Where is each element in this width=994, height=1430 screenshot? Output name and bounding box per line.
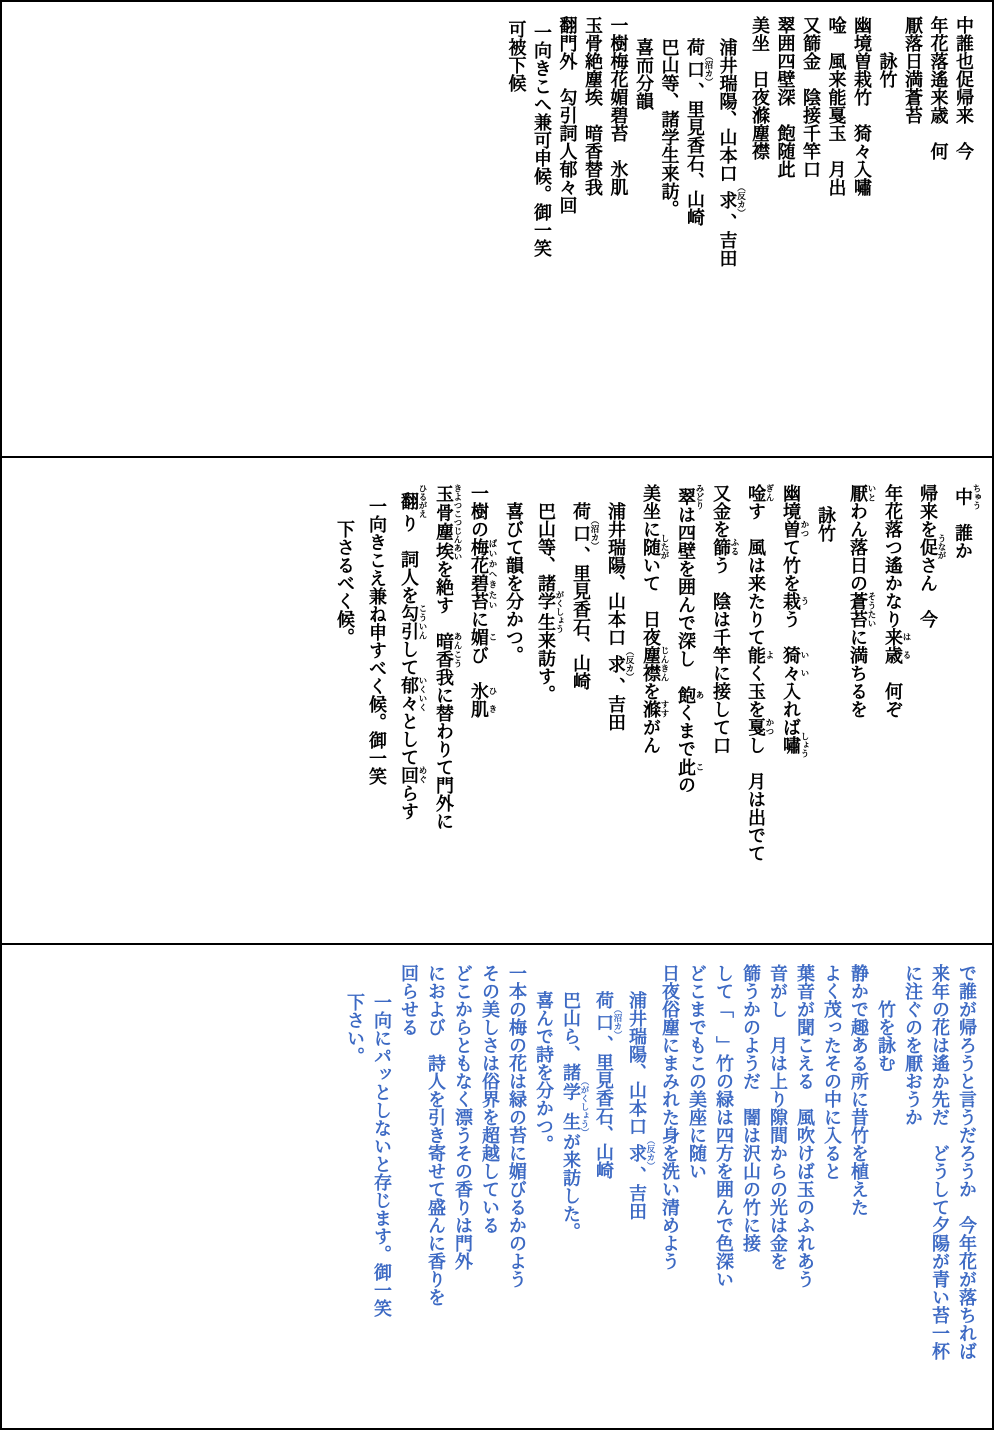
- furigana-ruby: 氷肌ひき: [469, 682, 489, 718]
- text-column: 荷口（沼カ）、里見香石、山崎: [565, 484, 600, 937]
- furigana-text: ふる: [730, 538, 740, 556]
- furigana-text: そうたい: [867, 592, 877, 628]
- ruby-base-text: 口: [594, 1005, 614, 1039]
- ruby-base-text: 媚: [469, 628, 489, 646]
- furigana-ruby: 玉骨塵埃きよつこつじんあい: [434, 484, 454, 560]
- furigana-ruby: 滌すす: [641, 700, 661, 718]
- ruby-base-text: 来歳: [883, 628, 903, 664]
- ruby-base-text: 梅花碧苔: [469, 538, 489, 610]
- furigana-text: う: [800, 592, 810, 610]
- furigana-ruby: 篩ふる: [711, 538, 731, 556]
- text-column: 音がし 月は上り隙間からの光は金を: [764, 964, 791, 1422]
- text-column: 浦井瑞陽、山本口 求（反カ）、吉田: [623, 964, 656, 1422]
- furigana-ruby: 栽う: [781, 592, 801, 610]
- text-column: 浦井瑞陽、山本口 求（反カ）、吉田: [714, 16, 747, 450]
- furigana-ruby: 飽あ: [676, 686, 696, 704]
- furigana-text: すす: [660, 700, 670, 718]
- text-column: 中誰也促帰来 今: [951, 16, 977, 450]
- text-column: よく茂ったその中に入ると: [818, 964, 845, 1422]
- furigana-ruby: 来歳はる: [883, 628, 903, 664]
- furigana-ruby: 厭いと: [848, 484, 868, 502]
- furigana-ruby: 翻ひるがえ: [399, 484, 419, 514]
- ruby-base-text: 暗香: [434, 632, 454, 668]
- furigana-text: かつ: [800, 520, 810, 538]
- text-column: どこからともなく漂うその香りは門外: [449, 964, 476, 1422]
- note-text: （沼カ）: [704, 52, 714, 86]
- furigana-text: ひき: [488, 682, 498, 718]
- furigana-text: きよつこつじんあい: [453, 484, 463, 561]
- furigana-ruby: 翠みどり: [676, 484, 696, 506]
- text-column: 美坐に随したがいて 日夜塵襟じんきんを滌すすがん: [635, 484, 670, 937]
- ruby-base-text: 随: [641, 534, 661, 560]
- text-column: 喜而分韻: [631, 16, 657, 450]
- ruby-base-text: 学生: [536, 590, 556, 633]
- furigana-ruby: 中ちゅう: [953, 484, 973, 506]
- furigana-text: よ: [765, 646, 775, 664]
- ruby-base-text: 口: [685, 52, 705, 86]
- ruby-base-text: 学生: [561, 1077, 581, 1137]
- inline-note-annotation: 学生（がくしょう）: [561, 1081, 581, 1133]
- text-column: 一向きこえ兼ね申すべく候。御一笑: [361, 484, 393, 937]
- furigana-text: めぐ: [418, 766, 428, 784]
- text-column: で誰が帰ろうと言うだろうか 今年花が落ちれば: [953, 964, 980, 1422]
- text-column: 帰来を促うながさん 今: [912, 484, 947, 937]
- ruby-base-text: 唫: [746, 484, 766, 502]
- furigana-text: いくいく: [418, 676, 428, 712]
- text-column: 荷口（沼カ）、里見香石、山崎: [590, 964, 623, 1422]
- note-text: （沼カ）: [613, 1005, 623, 1039]
- furigana-ruby: 暗香あんこう: [434, 632, 454, 668]
- text-column: 幽境曽栽竹 猗々入嘯: [849, 16, 875, 450]
- ruby-base-text: 玉骨塵埃: [434, 484, 454, 561]
- furigana-text: こ: [695, 758, 705, 776]
- ruby-base-text: 求: [627, 1136, 647, 1170]
- inline-note-annotation: 求（反カ）: [718, 187, 738, 213]
- inline-note-annotation: 求（反カ）: [627, 1140, 647, 1166]
- furigana-text: ひるがえ: [418, 484, 428, 518]
- text-column: 又篩金 陰接千竿口: [798, 16, 824, 450]
- furigana-text: じんきん: [660, 646, 670, 682]
- text-column: 詠竹: [874, 16, 900, 450]
- text-column: 竹を詠む: [872, 964, 899, 1422]
- furigana-ruby: 勾引こういん: [399, 604, 419, 640]
- ruby-base-text: 滌: [641, 700, 661, 718]
- text-column: 美坐 日夜滌塵襟: [747, 16, 773, 450]
- text-column: その美しさは俗界を超越している: [476, 964, 503, 1422]
- ruby-base-text: 飽: [676, 686, 696, 704]
- furigana-ruby: 塵襟じんきん: [641, 646, 661, 682]
- text-column: 翠みどりは四壁を囲んで深し 飽あくまで此この: [670, 484, 705, 937]
- kanbun-original-panel: 中誰也促帰来 今年花落遙来歳 何厭落日満蒼苔詠竹幽境曽栽竹 猗々入嘯唫 風来能戛…: [2, 2, 992, 456]
- text-column: 喜んで詩を分かつ。: [530, 964, 557, 1422]
- text-column: 玉骨塵埃きよつこつじんあいを絶す 暗香あんこう我に替わりて門外に: [428, 484, 463, 937]
- text-column: 玉骨絶塵埃 暗香替我: [580, 16, 606, 450]
- ruby-base-text: 戛: [746, 718, 766, 736]
- text-column: 一向にパッとしないと存じます。御一笑: [368, 964, 395, 1422]
- ruby-base-text: 此: [676, 758, 696, 776]
- note-text: （沼カ）: [590, 516, 600, 550]
- text-column: 篩うかのようだ 闇は沢山の竹に接: [737, 964, 764, 1422]
- text-column: 厭いとわん落日の蒼苔そうたいに満ちるを: [842, 484, 877, 937]
- furigana-ruby: 此こ: [676, 758, 696, 776]
- text-column: 可被下候: [503, 16, 529, 450]
- furigana-text: がくしょう: [555, 590, 565, 633]
- ruby-base-text: 篩: [711, 538, 731, 556]
- furigana-ruby: 学生がくしょう: [536, 592, 556, 631]
- ruby-base-text: 厭: [848, 484, 868, 502]
- ruby-base-text: 郁々: [399, 676, 419, 712]
- ruby-base-text: 嘯: [781, 732, 801, 758]
- ruby-base-text: 回: [399, 766, 419, 784]
- furigana-text: あ: [695, 686, 705, 704]
- inline-note-annotation: 求（反カ）: [606, 651, 626, 677]
- furigana-ruby: 嘯しょう: [781, 736, 801, 758]
- ruby-base-text: 能: [746, 646, 766, 664]
- furigana-text: みどり: [695, 484, 705, 510]
- furigana-ruby: 梅花碧苔ばいかへきたい: [469, 538, 489, 610]
- text-column: 又金を篩ふるう 陰は千竿に接して口: [705, 484, 740, 937]
- furigana-text: いと: [867, 484, 877, 502]
- text-column: 幽境曽かつて竹を栽うう 猗々いい入れば嘯しょう: [775, 484, 810, 937]
- ruby-base-text: 曽: [781, 520, 801, 538]
- furigana-ruby: 回めぐ: [399, 766, 419, 784]
- text-column: 回らせる: [395, 964, 422, 1422]
- ruby-base-text: 栽: [781, 592, 801, 610]
- furigana-ruby: 随したが: [641, 538, 661, 556]
- ruby-base-text: 促: [918, 534, 938, 560]
- text-column: 唫 風来能戛玉 月出: [823, 16, 849, 450]
- furigana-ruby: 蒼苔そうたい: [848, 592, 868, 628]
- furigana-ruby: 曽かつ: [781, 520, 801, 538]
- furigana-ruby: 能よ: [746, 646, 766, 664]
- text-column: 下さるべく候。: [329, 484, 361, 937]
- inline-note-annotation: 口（沼カ）: [571, 520, 591, 546]
- text-column: 荷口（沼カ）、里見香石、山崎: [682, 16, 715, 450]
- text-column: 詠竹: [810, 484, 842, 937]
- furigana-text: こういん: [418, 604, 428, 640]
- inline-note-annotation: 口（沼カ）: [594, 1009, 614, 1035]
- ruby-base-text: 勾引: [399, 604, 419, 640]
- furigana-text: かつ: [765, 718, 775, 736]
- text-column: 年花落遙来歳 何: [925, 16, 951, 450]
- text-column: して「 」竹の緑は四方を囲んで色深い: [710, 964, 737, 1422]
- text-column: 葉音が聞こえる 風吹けば玉のふれあう: [791, 964, 818, 1422]
- ruby-base-text: 翻: [399, 484, 419, 518]
- note-text: （反カ）: [646, 1136, 656, 1170]
- furigana-ruby: 郁々いくいく: [399, 676, 419, 712]
- text-column: 中ちゅう 誰か: [947, 484, 982, 937]
- ruby-base-text: 氷肌: [469, 682, 489, 718]
- furigana-text: ぎん: [765, 484, 775, 502]
- ruby-base-text: 口: [571, 516, 591, 550]
- furigana-text: はる: [902, 628, 912, 664]
- text-column: 浦井瑞陽、山本口 求（反カ）、吉田: [600, 484, 635, 937]
- inline-note-annotation: 口（沼カ）: [685, 56, 705, 82]
- furigana-text: しょう: [800, 732, 810, 758]
- ruby-base-text: 求: [606, 647, 626, 681]
- note-text: （がくしょう）: [580, 1077, 590, 1137]
- text-column: 日夜俗塵にまみれた身を洗い清めよう: [656, 964, 683, 1422]
- text-column: 翠囲四壁深 飽随此: [772, 16, 798, 450]
- ruby-base-text: 猗々: [781, 646, 801, 682]
- text-column: におよび 詩人を引き寄せて盛んに香りを: [422, 964, 449, 1422]
- text-column: 一樹梅花媚碧苔 氷肌: [605, 16, 631, 450]
- text-column: 巴山ら、諸学生（がくしょう）が来訪した。: [557, 964, 590, 1422]
- ruby-base-text: 求: [718, 183, 738, 217]
- text-column: 一樹の梅花碧苔ばいかへきたいに媚こび 氷肌ひき: [463, 484, 498, 937]
- furigana-text: したが: [660, 534, 670, 560]
- ruby-base-text: 中: [953, 484, 973, 510]
- text-column: 厭落日満蒼苔: [900, 16, 926, 450]
- furigana-text: ちゅう: [972, 484, 982, 510]
- yomikudashi-reading-panel: 中ちゅう 誰か帰来を促うながさん 今年花落つ遙かなり来歳はる 何ぞ厭いとわん落日…: [2, 456, 992, 943]
- furigana-ruby: 促うなが: [918, 538, 938, 556]
- furigana-ruby: 戛かつ: [746, 718, 766, 736]
- text-column: 翻ひるがえり 詞人を勾引こういんして郁々いくいくとして回めぐらす: [393, 484, 428, 937]
- text-column: 巴山等、諸学生来訪。: [656, 16, 682, 450]
- ruby-base-text: 翠: [676, 484, 696, 510]
- furigana-ruby: 猗々いい: [781, 646, 801, 682]
- text-column: 巴山等、諸学生がくしょう来訪す。: [530, 484, 565, 937]
- furigana-text: ばいかへきたい: [488, 538, 498, 610]
- text-column: 下さい。: [341, 964, 368, 1422]
- furigana-ruby: 唫ぎん: [746, 484, 766, 502]
- text-column: 年花落つ遙かなり来歳はる 何ぞ: [877, 484, 912, 937]
- document-page: 中誰也促帰来 今年花落遙来歳 何厭落日満蒼苔詠竹幽境曽栽竹 猗々入嘯唫 風来能戛…: [0, 0, 994, 1430]
- text-column: 一本の梅の花は緑の苔に媚びるかのよう: [503, 964, 530, 1422]
- text-column: 翻門外 勾引詞人郁々回: [554, 16, 580, 450]
- note-text: （反カ）: [737, 183, 747, 217]
- text-column: 喜びて韻を分かつ。: [498, 484, 530, 937]
- text-column: に注ぐのを厭おうか: [899, 964, 926, 1422]
- text-column: 一向きこへ兼可申候。御一笑: [529, 16, 555, 450]
- ruby-base-text: 塵襟: [641, 646, 661, 682]
- furigana-ruby: 媚こ: [469, 628, 489, 646]
- text-column: 唫ぎんす 風は来たりて能よく玉を戛かつし 月は出でて: [740, 484, 775, 937]
- ruby-base-text: 蒼苔: [848, 592, 868, 628]
- text-column: 来年の花は遙か先だ どうして夕陽が青い苔一杯: [926, 964, 953, 1422]
- text-column: どこまでもこの美座に随い: [683, 964, 710, 1422]
- furigana-text: こ: [488, 628, 498, 646]
- furigana-text: いい: [800, 646, 810, 682]
- furigana-text: あんこう: [453, 632, 463, 668]
- note-text: （反カ）: [625, 647, 635, 681]
- furigana-text: うなが: [937, 534, 947, 560]
- text-column: 静かで趣ある所に昔竹を植えた: [845, 964, 872, 1422]
- modern-translation-panel: で誰が帰ろうと言うだろうか 今年花が落ちれば来年の花は遙か先だ どうして夕陽が青…: [2, 943, 992, 1428]
